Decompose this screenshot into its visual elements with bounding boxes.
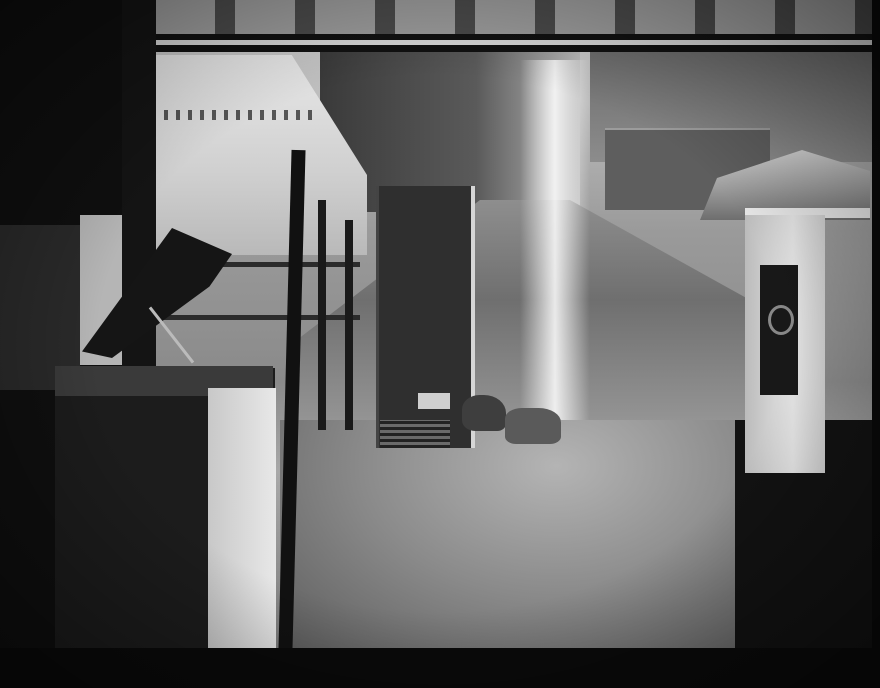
vignette — [0, 0, 880, 688]
photo-scene: Black and white photograph looking out f… — [0, 0, 880, 688]
